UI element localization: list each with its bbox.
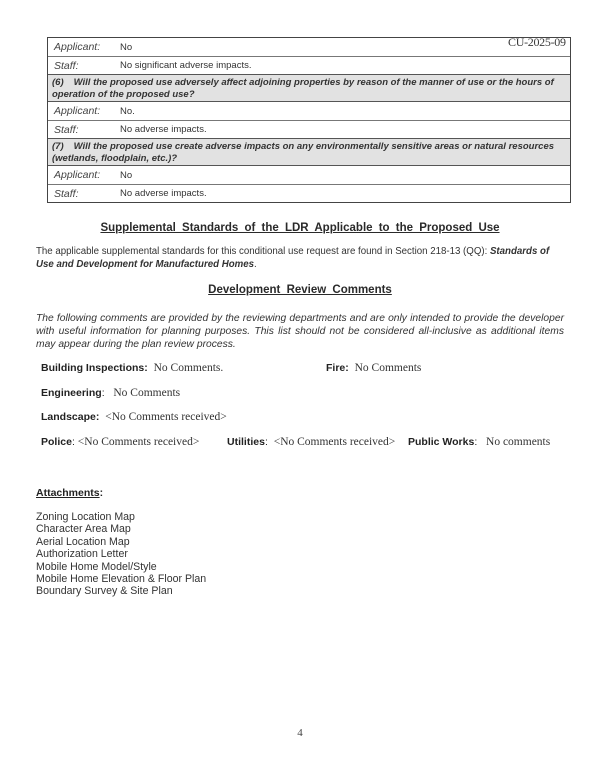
- comment-value: No comments: [486, 436, 550, 448]
- table-row-applicant: Applicant: No: [48, 166, 570, 184]
- row-label: Applicant:: [48, 41, 120, 53]
- list-item: Zoning Location Map: [36, 511, 206, 523]
- list-item: Mobile Home Model/Style: [36, 561, 206, 573]
- row-value: No adverse impacts.: [120, 124, 207, 135]
- row-value: No adverse impacts.: [120, 188, 207, 199]
- review-heading: Development Review Comments: [0, 284, 600, 296]
- comment-label: Utilities: [227, 436, 265, 448]
- page-number: 4: [0, 727, 600, 739]
- row-label: Applicant:: [48, 105, 120, 117]
- list-item: Mobile Home Elevation & Floor Plan: [36, 573, 206, 585]
- comment-sep: :: [265, 436, 268, 448]
- attachments-heading: Attachments:: [36, 487, 103, 499]
- row-label: Staff:: [48, 188, 120, 200]
- attachments-colon: :: [100, 487, 104, 499]
- row-value: No: [120, 42, 132, 53]
- attachments-title: Attachments: [36, 487, 100, 499]
- question-number: (6): [52, 77, 64, 88]
- comment-police: Police: <No Comments received>: [41, 436, 199, 448]
- question-7: (7)Will the proposed use create adverse …: [48, 138, 570, 166]
- question-number: (7): [52, 141, 64, 152]
- comment-value: <No Comments received>: [105, 411, 227, 423]
- review-intro: The following comments are provided by t…: [36, 312, 564, 351]
- comment-value: No Comments.: [154, 362, 224, 374]
- comment-building: Building Inspections: No Comments.: [41, 362, 223, 374]
- comment-value: <No Comments received>: [78, 436, 200, 448]
- comment-sep: :: [102, 387, 105, 399]
- comment-value: No Comments: [113, 387, 180, 399]
- table-row-staff: Staff: No adverse impacts.: [48, 120, 570, 138]
- row-label: Staff:: [48, 124, 120, 136]
- row-label: Staff:: [48, 60, 120, 72]
- list-item: Boundary Survey & Site Plan: [36, 585, 206, 597]
- comment-engineering: Engineering: No Comments: [41, 387, 180, 399]
- list-item: Aerial Location Map: [36, 536, 206, 548]
- comment-label: Fire:: [326, 362, 349, 374]
- table-row-applicant: Applicant: No: [48, 38, 570, 56]
- comment-label: Landscape:: [41, 411, 99, 423]
- question-6: (6)Will the proposed use adversely affec…: [48, 74, 570, 102]
- question-text: Will the proposed use adversely affect a…: [52, 77, 554, 100]
- comment-value: No Comments: [355, 362, 422, 374]
- attachments-list: Zoning Location Map Character Area Map A…: [36, 511, 206, 598]
- comment-sep: :: [72, 436, 75, 448]
- comment-label: Building Inspections:: [41, 362, 148, 374]
- supplemental-text: The applicable supplemental standards fo…: [36, 246, 490, 257]
- row-label: Applicant:: [48, 169, 120, 181]
- list-item: Authorization Letter: [36, 548, 206, 560]
- question-text: Will the proposed use create adverse imp…: [52, 141, 554, 164]
- comment-public-works: Public Works: No comments: [408, 436, 550, 448]
- criteria-table: Applicant: No Staff: No significant adve…: [47, 37, 571, 203]
- supplemental-end: .: [254, 259, 257, 270]
- row-value: No significant adverse impacts.: [120, 60, 251, 71]
- supplemental-heading: Supplemental Standards of the LDR Applic…: [0, 222, 600, 234]
- comment-label: Public Works: [408, 436, 474, 448]
- table-row-applicant: Applicant: No.: [48, 102, 570, 120]
- comment-landscape: Landscape: <No Comments received>: [41, 411, 227, 423]
- comment-value: <No Comments received>: [274, 436, 396, 448]
- comment-utilities: Utilities: <No Comments received>: [227, 436, 395, 448]
- comment-sep: :: [474, 436, 477, 448]
- table-row-staff: Staff: No adverse impacts.: [48, 184, 570, 202]
- row-value: No.: [120, 106, 135, 117]
- comment-fire: Fire: No Comments: [326, 362, 421, 374]
- table-row-staff: Staff: No significant adverse impacts.: [48, 56, 570, 74]
- comment-label: Police: [41, 436, 72, 448]
- list-item: Character Area Map: [36, 523, 206, 535]
- row-value: No: [120, 170, 132, 181]
- supplemental-paragraph: The applicable supplemental standards fo…: [36, 246, 564, 271]
- comment-label: Engineering: [41, 387, 102, 399]
